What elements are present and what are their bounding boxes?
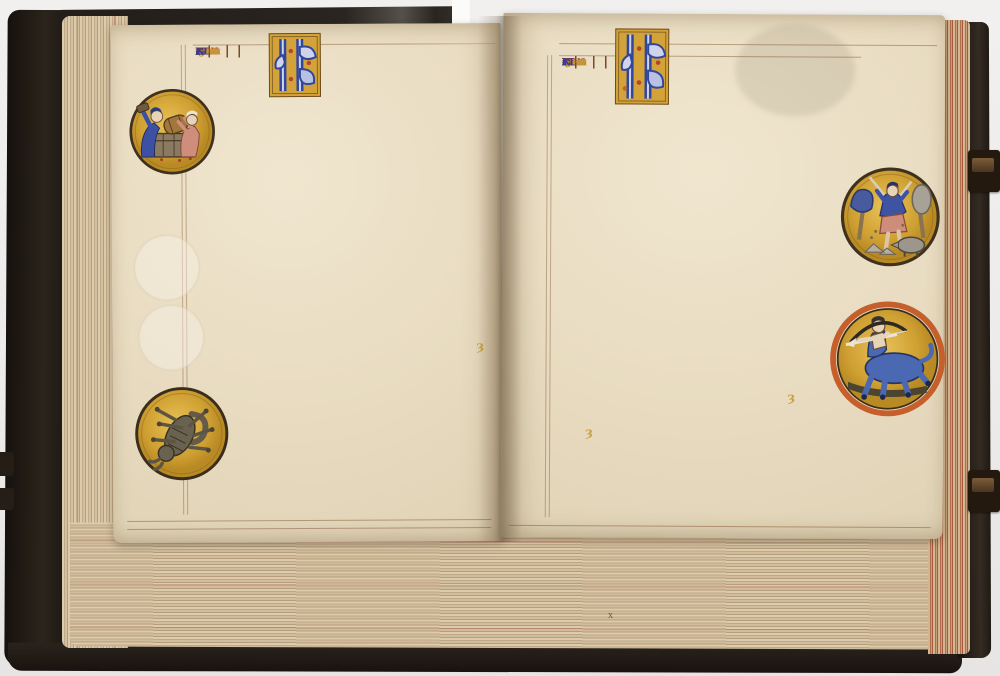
marginal-flourish: ȝ [787,390,795,405]
margin-rule [545,55,548,517]
feast-cell [194,46,198,58]
feast-cell [560,56,564,68]
book-clasp-bottom [968,470,1000,512]
marginal-flourish: ȝ [476,339,484,354]
scan-artifact-strip [452,0,470,26]
zodiac-sagittarius-medallion [829,301,946,418]
labor-of-month-november-medallion [838,165,943,270]
clasp-metal [972,478,994,492]
show-through-stain [735,24,855,117]
bottom-rule [127,519,491,522]
margin-rule [549,55,552,517]
roman-day [194,45,240,58]
kl-monogram-october [269,33,321,97]
right-calendar-rows: Scorpi' est' ~ x. iii. est nece andus.No… [559,55,861,58]
offset-ghost-circle [138,305,204,371]
clasp-metal [972,158,994,172]
bottom-rule [127,527,491,530]
kl-monogram-november [615,28,669,104]
clasp-anchor-top [0,452,14,476]
manuscript-photo: x Tercius 7 x. e sicut mors alienus.Octo… [0,0,1000,676]
offset-ghost-circle [134,235,200,301]
marginal-flourish: ȝ [585,425,593,440]
left-calendar-rows: Tercius 7 x. e sicut mors alienus.Octob.… [193,43,495,46]
labor-of-month-october-medallion [127,86,217,176]
edge-mark: x [608,610,613,621]
right-page: Scorpi' est' ~ x. iii. est nece andus.No… [501,13,946,539]
left-page: Tercius 7 x. e sicut mors alienus.Octob.… [111,23,504,543]
zodiac-scorpio-medallion [133,384,232,483]
clasp-anchor-bottom [0,488,14,510]
book-clasp-top [968,150,1000,192]
roman-day [560,56,606,68]
bottom-rule [509,525,931,528]
